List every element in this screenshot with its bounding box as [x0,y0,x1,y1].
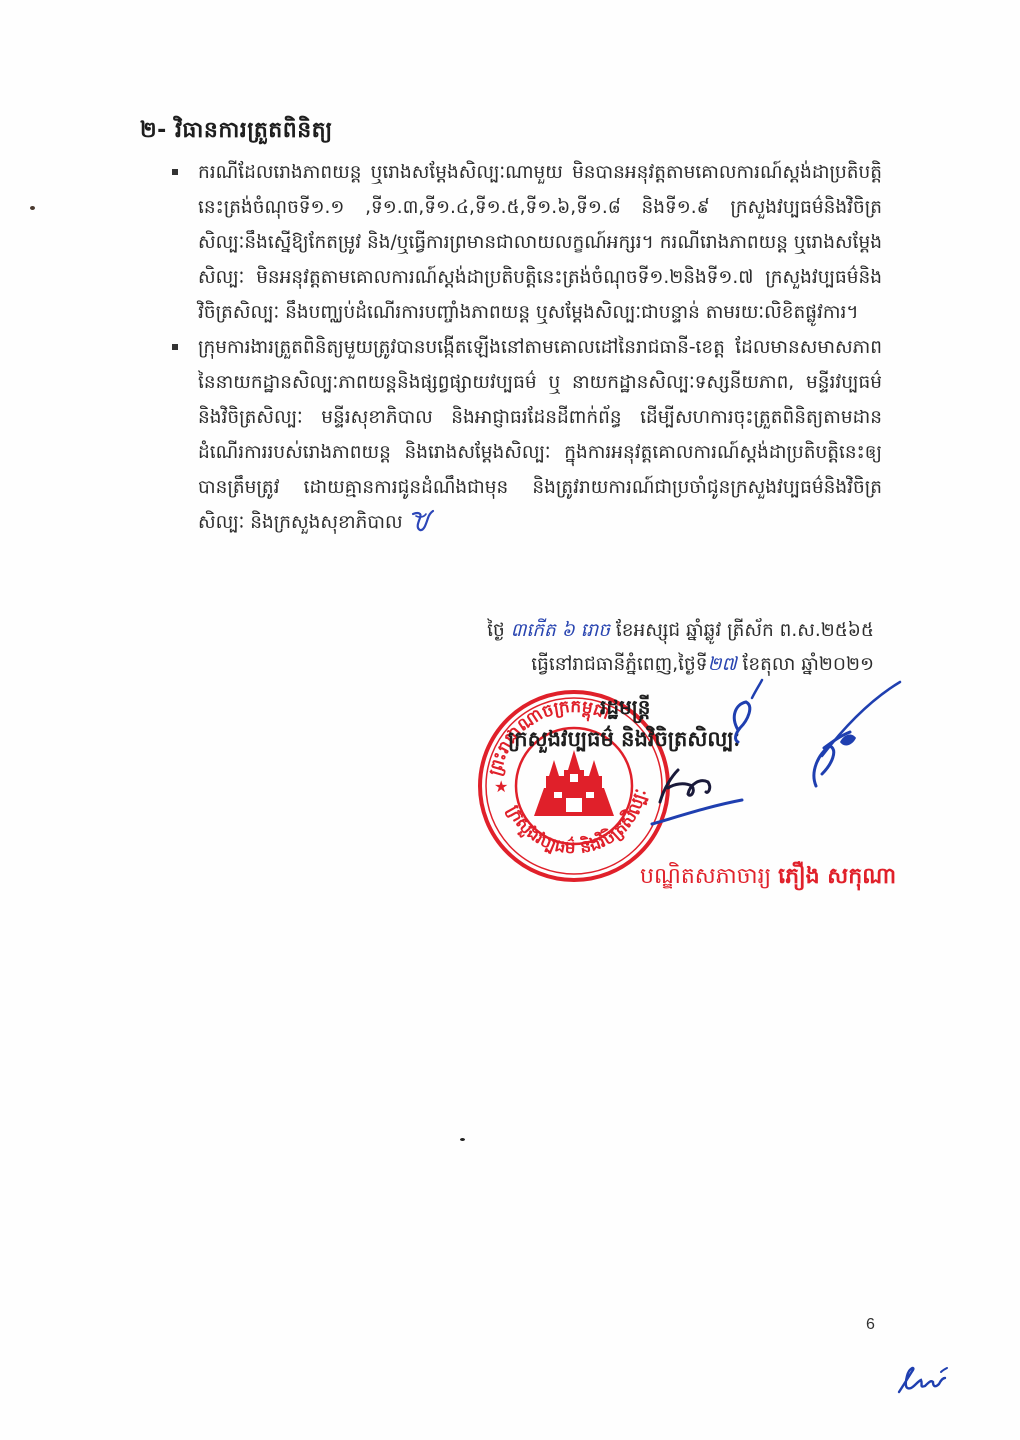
handwritten-lunar-day: ៣កើត ៦ រោច [511,620,610,641]
signatory-name: បណ្ឌិតសភាចារ្យ ភឿង សកុណា [640,862,896,894]
bullet-item-inspection-team: ក្រុមការងារត្រួតពិនិត្យមួយត្រូវបានបង្កើត… [170,330,882,540]
minister-signature-icon [560,676,910,836]
scan-speck [460,1138,465,1141]
square-bullet-icon [172,344,178,350]
lunar-date: ថ្ងៃ ៣កើត ៦ រោច ខែអស្សុជ ឆ្នាំឆ្លូវ ត្រី… [487,614,874,648]
square-bullet-icon [172,169,178,175]
section-heading: ២- វិធានការត្រួតពិនិត្យ [140,116,333,148]
date-block: ថ្ងៃ ៣កើត ៦ រោច ខែអស្សុជ ឆ្នាំឆ្លូវ ត្រី… [487,614,874,682]
footer-initial-signature-icon [895,1364,955,1396]
page-number: 6 [866,1316,875,1334]
bullet-text: ករណីដែលរោងភាពយន្ត ឬរោងសម្តែងសិល្បៈណាមួយ … [198,162,882,323]
bullet-text: ក្រុមការងារត្រួតពិនិត្យមួយត្រូវបានបង្កើត… [198,337,882,533]
document-page: ២- វិធានការត្រួតពិនិត្យ ករណីដែលរោងភាពយន្… [0,0,1020,1440]
scan-speck [30,206,35,210]
initial-signature-icon [410,508,436,534]
handwritten-solar-day: ២៧ [707,654,736,675]
bullet-list: ករណីដែលរោងភាពយន្ត ឬរោងសម្តែងសិល្បៈណាមួយ … [170,155,882,540]
svg-text:★: ★ [494,777,508,796]
bullet-item-sanctions: ករណីដែលរោងភាពយន្ត ឬរោងសម្តែងសិល្បៈណាមួយ … [170,155,882,330]
